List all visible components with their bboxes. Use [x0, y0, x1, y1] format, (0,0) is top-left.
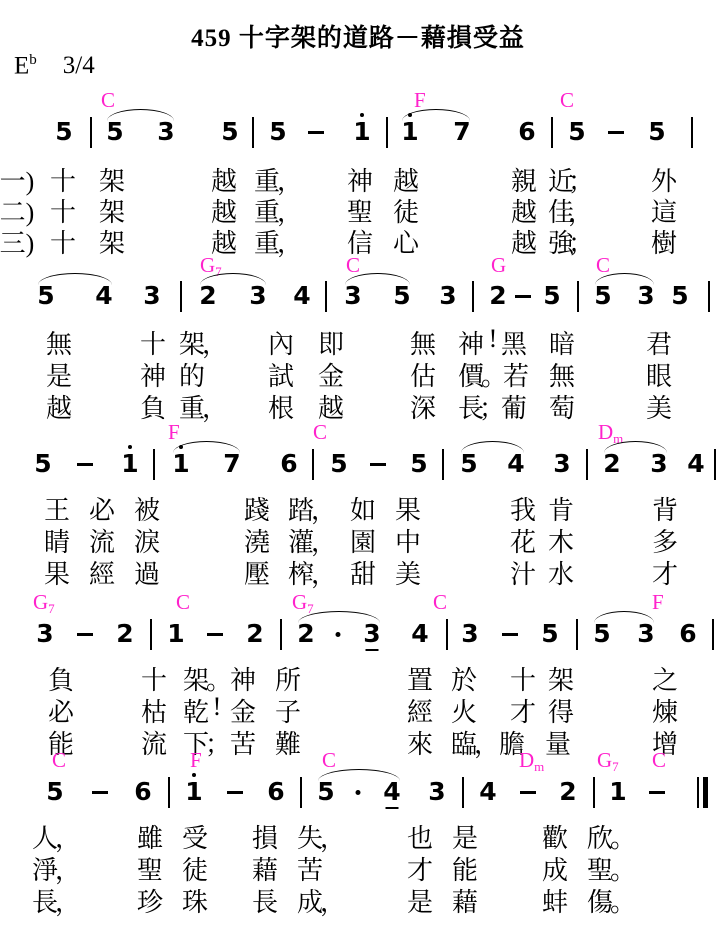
note-digit: 5 — [55, 118, 72, 146]
note-digit: 7 — [453, 118, 470, 146]
lyric-char: 越 — [511, 223, 537, 260]
bar-line — [280, 619, 282, 650]
lyric-char: 美 — [646, 388, 672, 425]
lyric-char: 果 — [44, 554, 70, 591]
note-digit: 3 — [439, 282, 456, 310]
note-digit: 5 — [460, 450, 477, 478]
lyric-char: ! — [489, 324, 498, 354]
duration-dash — [92, 791, 108, 794]
lyric-char: ， — [320, 818, 346, 855]
duration-dash — [77, 633, 93, 636]
note-digit: 5 — [671, 282, 688, 310]
octave-dot — [408, 113, 412, 117]
lyric-char: 過 — [134, 554, 160, 591]
lyric-char: 水 — [548, 554, 574, 591]
lyric-char: 是 — [407, 882, 433, 919]
eighth-underline — [366, 649, 379, 651]
note-digit: 3 — [157, 118, 174, 146]
chord-symbol: G — [491, 253, 506, 278]
bar-line — [712, 619, 714, 650]
note-digit: 2 — [603, 450, 620, 478]
lyric-char: 深 — [410, 388, 436, 425]
note-digit: 2 — [489, 282, 506, 310]
note-digit: 5 — [543, 282, 560, 310]
bar-line — [446, 619, 448, 650]
bar-line — [90, 117, 92, 148]
lyric-char: 根 — [268, 388, 294, 425]
note-digit: 6 — [267, 778, 284, 806]
hymn-title: 459 十字架的道路－藉損受益 — [0, 18, 716, 54]
lyric-char: 越 — [46, 388, 72, 425]
duration-dash — [227, 791, 243, 794]
note-digit: 5 — [269, 118, 286, 146]
lyric-char: ， — [277, 223, 303, 260]
note-digit: 3 — [36, 620, 53, 648]
note-digit: 5 — [568, 118, 585, 146]
lyric-char: 葡 — [501, 388, 527, 425]
bar-line — [312, 449, 314, 480]
note-digit: 3 — [461, 620, 478, 648]
note-digit: 5 — [37, 282, 54, 310]
key-root: E — [14, 52, 29, 79]
chord-symbol: C — [433, 590, 447, 615]
lyric-char: 樹 — [651, 223, 677, 260]
chord-symbol: F — [168, 420, 180, 445]
chord-symbol: C — [322, 748, 336, 773]
dot-of-dotted-note — [356, 790, 361, 795]
duration-dash — [370, 463, 386, 466]
lyric-char: 萄 — [549, 388, 575, 425]
lyric-char: ! — [213, 692, 222, 722]
bar-line — [462, 777, 464, 808]
note-digit: 2 — [559, 778, 576, 806]
chord-symbol: G7 — [292, 590, 314, 617]
duration-dash — [608, 131, 624, 134]
chord-symbol: F — [190, 748, 202, 773]
note-digit: 3 — [553, 450, 570, 478]
note-digit: 3 — [363, 620, 380, 648]
chord-symbol: G7 — [33, 590, 55, 617]
note-digit: 1 — [609, 778, 626, 806]
note-digit: 5 — [410, 450, 427, 478]
chord-symbol: F — [652, 590, 664, 615]
bar-line — [708, 281, 710, 312]
key-accidental: b — [29, 52, 37, 68]
note-digit: 3 — [143, 282, 160, 310]
note-digit: 2 — [116, 620, 133, 648]
lyric-char: 難 — [275, 724, 301, 761]
dot-of-dotted-note — [336, 632, 341, 637]
lyric-char: 蚌 — [542, 882, 568, 919]
lyric-char: 經 — [89, 554, 115, 591]
note-digit: 5 — [330, 450, 347, 478]
note-digit: 4 — [479, 778, 496, 806]
lyric-char: 長 — [252, 882, 278, 919]
note-digit: 5 — [46, 778, 63, 806]
note-digit: 5 — [393, 282, 410, 310]
chord-symbol: C — [101, 88, 115, 113]
note-digit: 5 — [317, 778, 334, 806]
lyric-char: 來 — [407, 724, 433, 761]
note-digit: 4 — [507, 450, 524, 478]
hymn-sheet-page: 459 十字架的道路－藉損受益 Eb3/4 CFC55355117655一)十架… — [0, 0, 716, 949]
bar-line — [252, 117, 254, 148]
key-signature: Eb3/4 — [14, 52, 95, 80]
octave-dot — [128, 445, 132, 449]
lyric-char: 量 — [545, 724, 571, 761]
note-digit: 5 — [594, 282, 611, 310]
octave-dot — [179, 445, 183, 449]
note-digit: 3 — [249, 282, 266, 310]
note-digit: 3 — [637, 282, 654, 310]
note-digit: 1 — [401, 118, 418, 146]
time-signature: 3/4 — [63, 52, 95, 79]
note-digit: 1 — [353, 118, 370, 146]
note-digit: 1 — [121, 450, 138, 478]
bar-line — [691, 117, 693, 148]
lyric-char: ， — [311, 554, 337, 591]
lyric-char: ， — [474, 724, 500, 761]
note-digit: 4 — [687, 450, 704, 478]
bar-line — [577, 281, 579, 312]
note-digit: 2 — [297, 620, 314, 648]
lyric-char: 。 — [610, 882, 636, 919]
note-digit: 5 — [593, 620, 610, 648]
bar-line — [442, 449, 444, 480]
note-digit: 5 — [34, 450, 51, 478]
chord-symbol: C — [52, 748, 66, 773]
duration-dash — [515, 295, 531, 298]
lyric-char: ， — [55, 882, 81, 919]
bar-line — [586, 449, 588, 480]
chord-symbol: C — [560, 88, 574, 113]
note-digit: 4 — [411, 620, 428, 648]
note-digit: 6 — [518, 118, 535, 146]
duration-dash — [649, 791, 665, 794]
duration-dash — [308, 131, 324, 134]
lyric-char: 壓 — [244, 554, 270, 591]
lyric-char: ， — [320, 882, 346, 919]
lyric-char: ， — [202, 324, 228, 361]
bar-line — [576, 619, 578, 650]
note-digit: 1 — [167, 620, 184, 648]
note-digit: 5 — [541, 620, 558, 648]
bar-line — [472, 281, 474, 312]
lyric-char: 汁 — [510, 554, 536, 591]
lyric-char: 流 — [141, 724, 167, 761]
duration-dash — [207, 633, 223, 636]
chord-symbol: C — [313, 420, 327, 445]
bar-line — [593, 777, 595, 808]
lyric-char: 負 — [140, 388, 166, 425]
verse-number: 三) — [0, 223, 34, 260]
chord-symbol: C — [176, 590, 190, 615]
note-digit: 5 — [648, 118, 665, 146]
note-digit: 6 — [280, 450, 297, 478]
lyric-char: 珍 — [137, 882, 163, 919]
octave-dot — [360, 113, 364, 117]
duration-dash — [502, 633, 518, 636]
bar-line — [386, 117, 388, 148]
note-digit: 3 — [637, 620, 654, 648]
note-digit: 3 — [344, 282, 361, 310]
lyric-char: 苦 — [230, 724, 256, 761]
lyric-char: 架 — [99, 223, 125, 260]
chord-symbol: C — [652, 748, 666, 773]
note-digit: 3 — [650, 450, 667, 478]
note-digit: 5 — [106, 118, 123, 146]
note-digit: 1 — [185, 778, 202, 806]
bar-line — [551, 117, 553, 148]
note-digit: 1 — [172, 450, 189, 478]
note-digit: 4 — [95, 282, 112, 310]
bar-line — [168, 777, 170, 808]
lyric-char: 才 — [652, 554, 678, 591]
lyric-char: 甜 — [350, 554, 376, 591]
note-digit: 6 — [134, 778, 151, 806]
bar-line — [180, 281, 182, 312]
octave-dot — [192, 773, 196, 777]
chord-symbol: Dm — [519, 748, 544, 775]
bar-line — [325, 281, 327, 312]
bar-line — [153, 449, 155, 480]
lyric-char: ； — [205, 724, 231, 761]
lyric-char: ， — [202, 388, 228, 425]
eighth-underline — [386, 807, 399, 809]
note-digit: 5 — [221, 118, 238, 146]
note-digit: 2 — [246, 620, 263, 648]
lyric-char: 美 — [395, 554, 421, 591]
lyric-char: ； — [568, 223, 594, 260]
lyric-char: 十 — [50, 223, 76, 260]
lyric-char: 珠 — [182, 882, 208, 919]
note-digit: 4 — [383, 778, 400, 806]
note-digit: 6 — [679, 620, 696, 648]
chord-symbol: G7 — [597, 748, 619, 775]
note-digit: 2 — [199, 282, 216, 310]
bar-line — [300, 777, 302, 808]
note-digit: 4 — [293, 282, 310, 310]
duration-dash — [77, 463, 93, 466]
lyric-char: 藉 — [452, 882, 478, 919]
duration-dash — [520, 791, 536, 794]
lyric-char: 心 — [393, 223, 419, 260]
note-digit: 7 — [223, 450, 240, 478]
bar-line — [150, 619, 152, 650]
note-digit: 3 — [428, 778, 445, 806]
